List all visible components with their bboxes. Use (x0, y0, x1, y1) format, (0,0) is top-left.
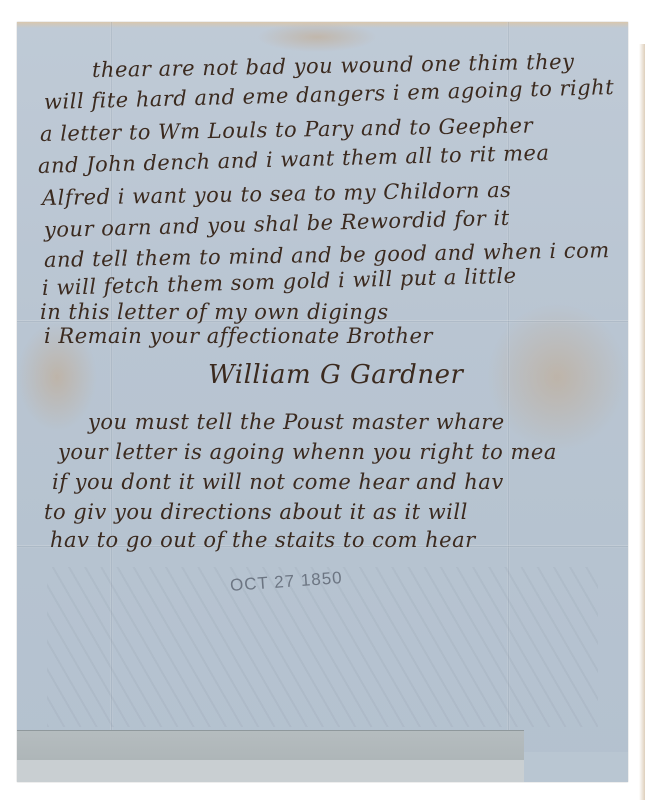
folded-paper-strip (17, 730, 524, 761)
paper-edge-stain (639, 44, 645, 800)
signature: William G Gardner (208, 360, 463, 390)
closing-line: i Remain your affectionate Brother (44, 324, 433, 348)
folded-paper-strip-lower (17, 760, 524, 782)
postscript-line: to giv you directions about it as it wil… (44, 500, 468, 524)
letter-line: in this letter of my own digings (40, 300, 389, 324)
postscript-line: if you dont it will not come hear and ha… (52, 470, 504, 494)
paper-corner-flap (524, 752, 628, 782)
stain (257, 22, 377, 52)
postscript-line: hav to go out of the staits to com hear (50, 528, 476, 552)
postscript-line: your letter is agoing whenn you right to… (58, 440, 557, 464)
postscript-line: you must tell the Poust master whare (88, 410, 505, 434)
reverse-side-ink-bleed (47, 567, 598, 727)
